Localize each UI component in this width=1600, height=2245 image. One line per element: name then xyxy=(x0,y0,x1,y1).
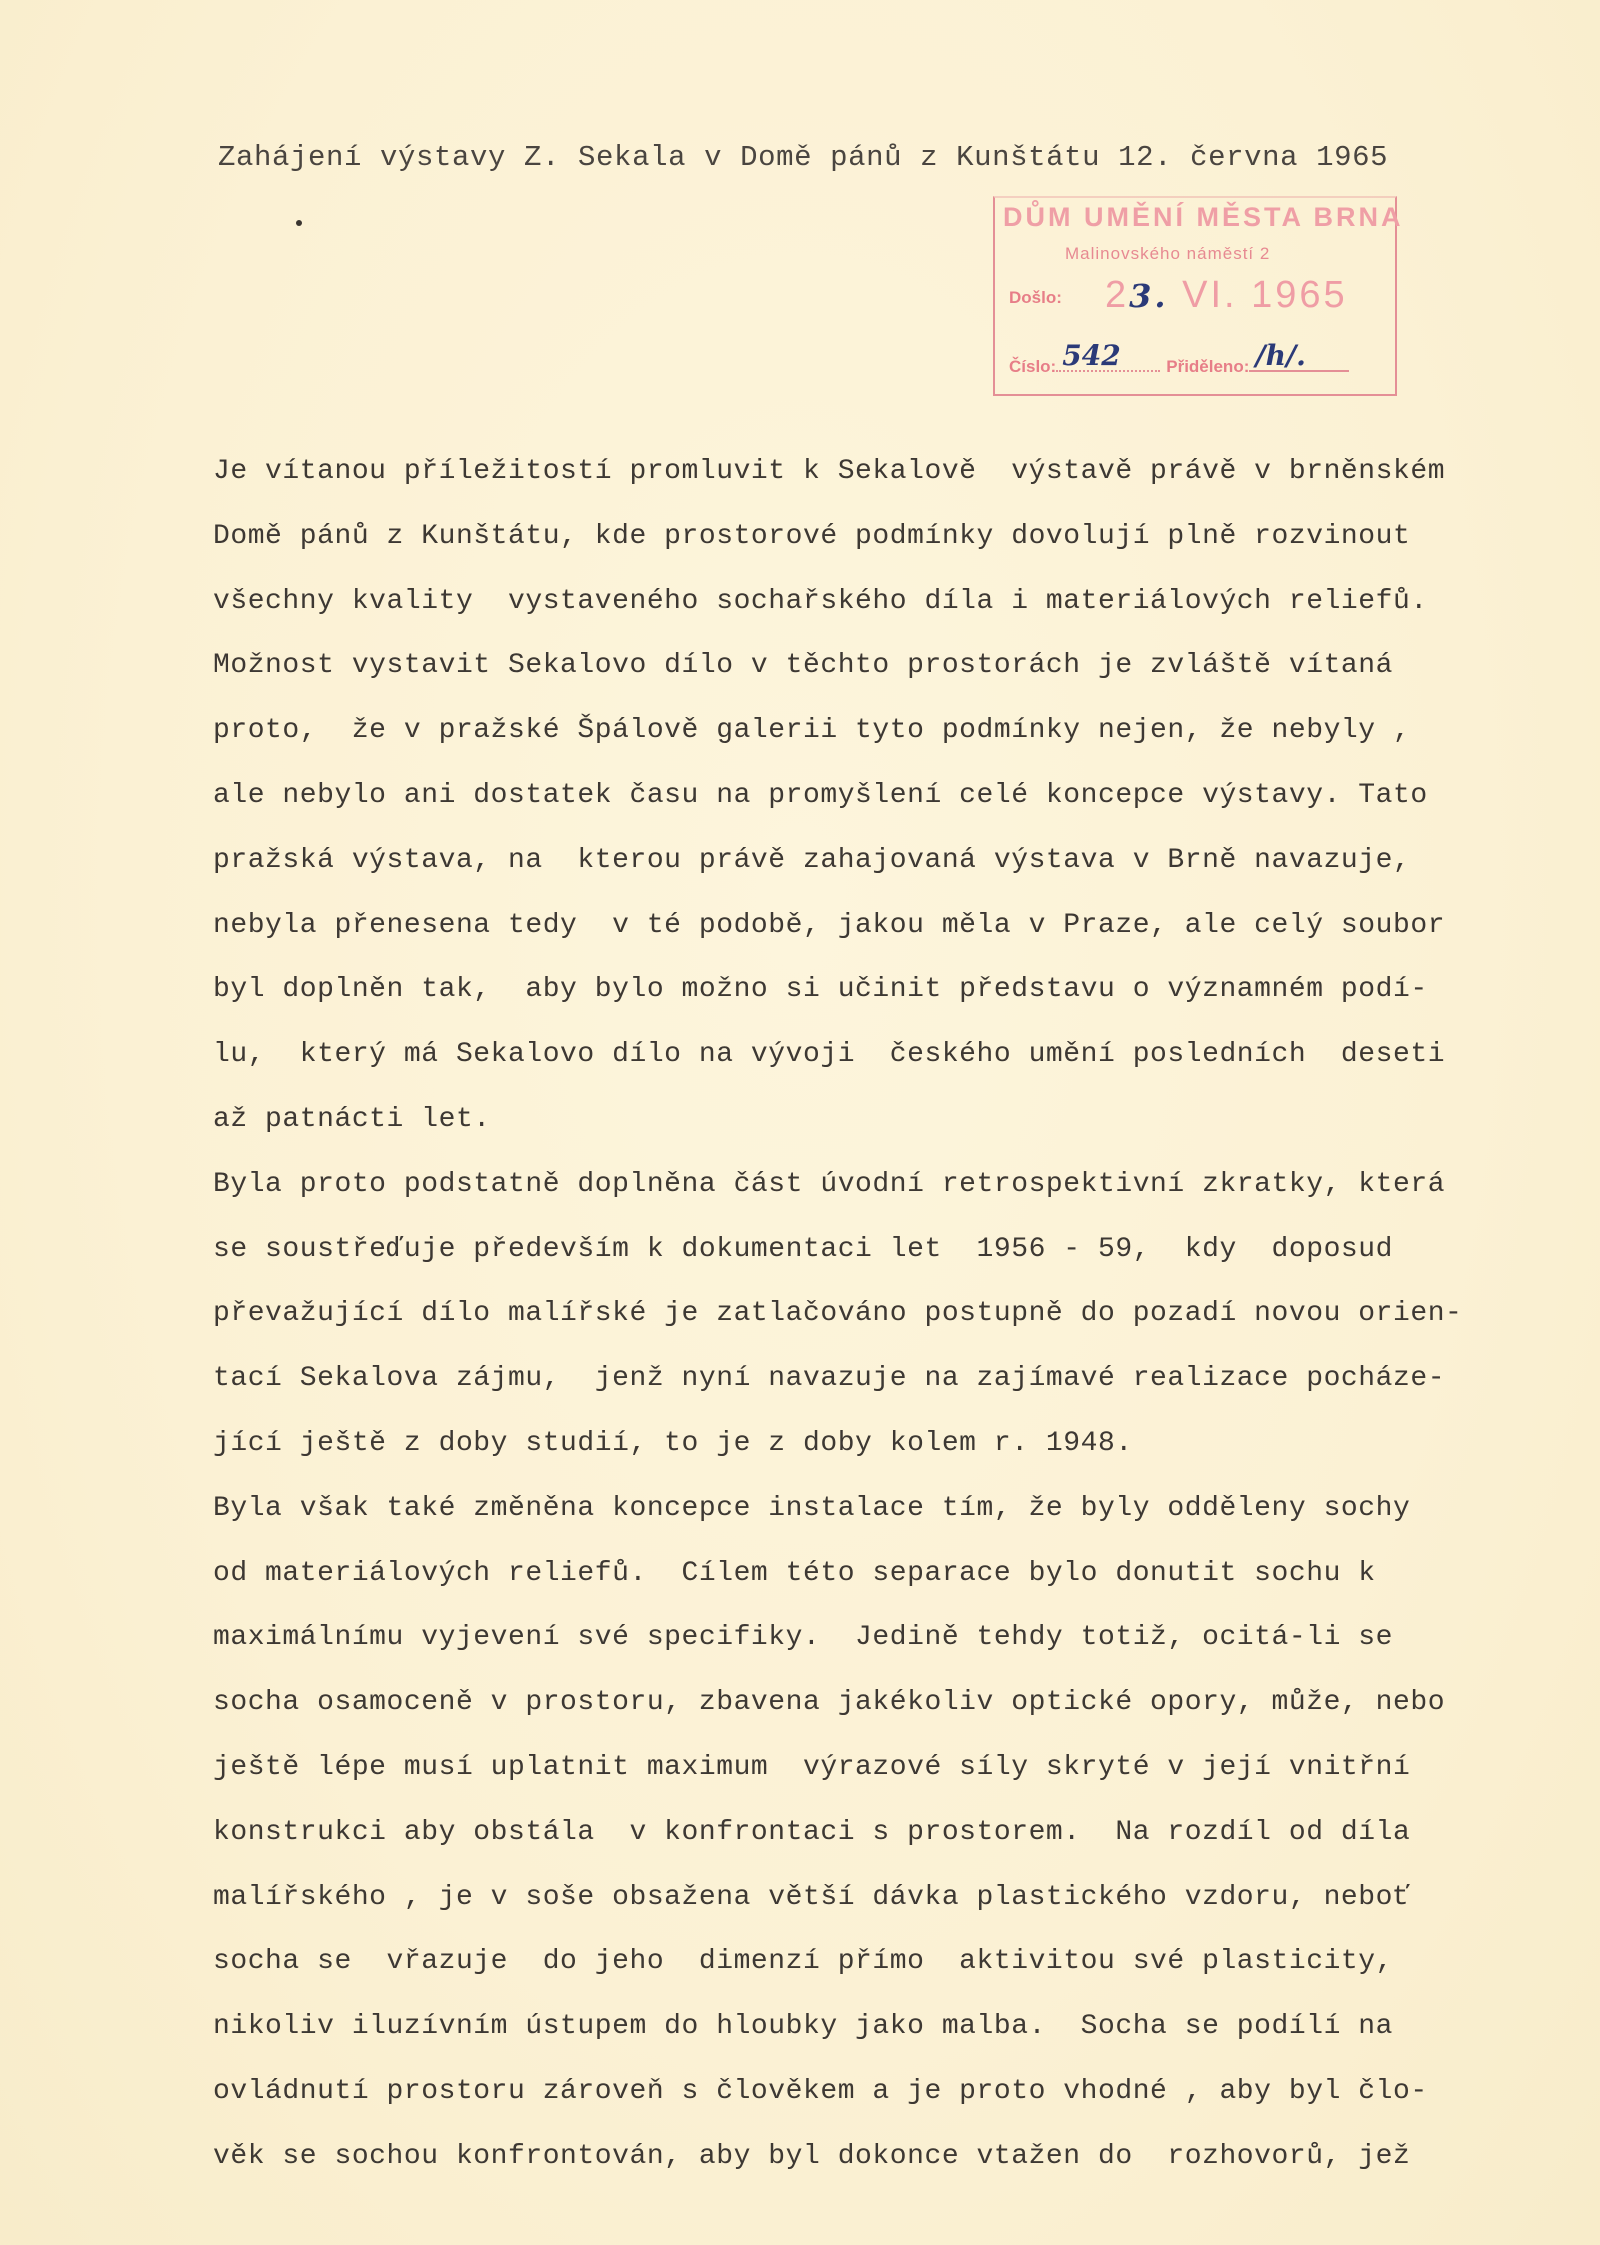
text-line: malířského , je v soše obsažena větší dá… xyxy=(213,1866,1593,1931)
text-line: Byla proto podstatně doplněna část úvodn… xyxy=(213,1153,1593,1218)
stamp-number-field: 542 xyxy=(1056,348,1160,372)
text-line: jící ještě z doby studií, to je z doby k… xyxy=(213,1412,1593,1477)
text-line: od materiálových reliefů. Cílem této sep… xyxy=(213,1542,1593,1607)
text-line: Je vítanou příležitostí promluvit k Seka… xyxy=(213,440,1593,505)
stamp-organization: DŮM UMĚNÍ MĚSTA BRNA xyxy=(1003,202,1403,233)
stamp-date-day-handwritten: 3. xyxy=(1129,277,1168,315)
stamp-date-month-year: VI. 1965 xyxy=(1182,274,1348,316)
text-line: konstrukci aby obstála v konfrontaci s p… xyxy=(213,1801,1593,1866)
stamp-assigned-value: /h/. xyxy=(1255,342,1306,370)
text-line: byl doplněn tak, aby bylo možno si učini… xyxy=(213,958,1593,1023)
text-line: všechny kvality vystaveného sochařského … xyxy=(213,570,1593,635)
text-line: pražská výstava, na kterou právě zahajov… xyxy=(213,829,1593,894)
text-line: maximálnímu vyjevení své specifiky. Jedi… xyxy=(213,1606,1593,1671)
stamp-received-date: 23. VI. 1965 xyxy=(1105,274,1348,317)
stamp-address: Malinovského náměstí 2 xyxy=(1065,244,1270,264)
text-line: socha osamoceně v prostoru, zbavena jaké… xyxy=(213,1671,1593,1736)
text-line: věk se sochou konfrontován, aby byl doko… xyxy=(213,2125,1593,2190)
typewritten-page: Zahájení výstavy Z. Sekala v Domě pánů z… xyxy=(0,0,1600,2245)
text-line: Domě pánů z Kunštátu, kde prostorové pod… xyxy=(213,505,1593,570)
receipt-stamp: DŮM UMĚNÍ MĚSTA BRNA Malinovského náměst… xyxy=(993,196,1397,396)
ink-dot xyxy=(296,220,302,226)
stamp-date-day-printed: 2 xyxy=(1105,274,1129,316)
stamp-number-label: Číslo: xyxy=(1009,357,1056,377)
stamp-received-label: Došlo: xyxy=(1009,288,1062,308)
document-body: Je vítanou příležitostí promluvit k Seka… xyxy=(213,440,1593,2190)
text-line: nikoliv iluzívním ústupem do hloubky jak… xyxy=(213,1995,1593,2060)
text-line: tací Sekalova zájmu, jenž nyní navazuje … xyxy=(213,1347,1593,1412)
text-line: ale nebylo ani dostatek času na promyšle… xyxy=(213,764,1593,829)
text-line: Možnost vystavit Sekalovo dílo v těchto … xyxy=(213,634,1593,699)
text-line: socha se vřazuje do jeho dimenzí přímo a… xyxy=(213,1930,1593,1995)
document-title: Zahájení výstavy Z. Sekala v Domě pánů z… xyxy=(218,141,1388,174)
text-line: proto, že v pražské Špálově galerii tyto… xyxy=(213,699,1593,764)
text-line: nebyla přenesena tedy v té podobě, jakou… xyxy=(213,894,1593,959)
stamp-number-row: Číslo: 542 Přiděleno: /h/. xyxy=(1009,348,1355,377)
text-line: ještě lépe musí uplatnit maximum výrazov… xyxy=(213,1736,1593,1801)
stamp-assigned-label: Přiděleno: xyxy=(1166,357,1249,377)
text-line: ovládnutí prostoru zároveň s člověkem a … xyxy=(213,2060,1593,2125)
text-line: lu, který má Sekalovo dílo na vývoji čes… xyxy=(213,1023,1593,1088)
text-line: Byla však také změněna koncepce instalac… xyxy=(213,1477,1593,1542)
text-line: převažující dílo malířské je zatlačováno… xyxy=(213,1282,1593,1347)
text-line: až patnácti let. xyxy=(213,1088,1593,1153)
stamp-assigned-field: /h/. xyxy=(1249,348,1349,372)
text-line: se soustřeďuje především k dokumentaci l… xyxy=(213,1218,1593,1283)
stamp-number-value: 542 xyxy=(1062,342,1120,370)
